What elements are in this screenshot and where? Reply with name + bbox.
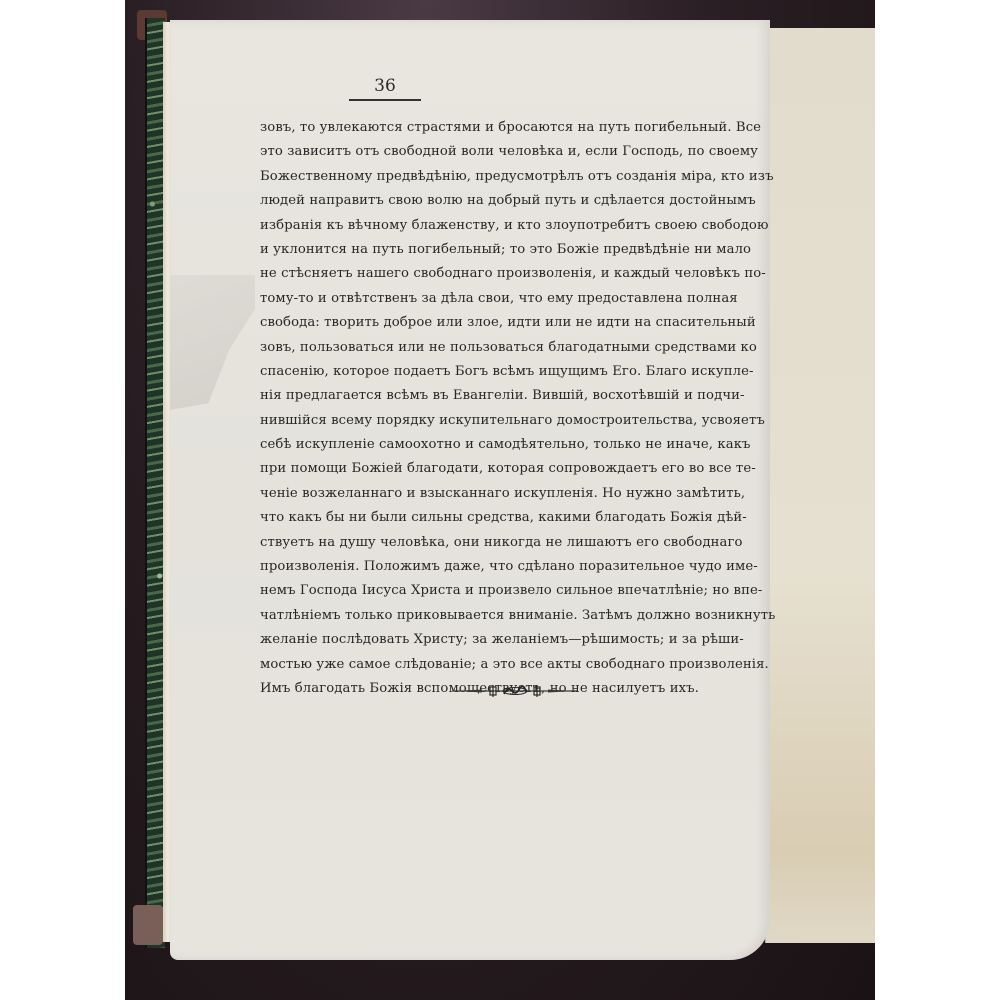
- text-line: ствуетъ на душу человѣка, они никогда не…: [260, 531, 730, 555]
- text-line: зовъ, пользоваться или не пользоваться б…: [260, 336, 730, 360]
- text-line: что какъ бы ни были сильны средства, как…: [260, 506, 730, 530]
- text-line: при помощи Божіей благодати, которая соп…: [260, 457, 730, 481]
- text-line: спасенію, которое подаетъ Богъ всѣмъ ищу…: [260, 360, 730, 384]
- text-line: себѣ искупленіе самоохотно и самодѣятель…: [260, 433, 730, 457]
- text-line: мостью уже самое слѣдованіе; а это все а…: [260, 653, 730, 677]
- body-paragraph: зовъ, то увлекаются страстями и бросаютс…: [260, 116, 730, 701]
- text-line: не стѣсняетъ нашего свободнаго произволе…: [260, 262, 730, 286]
- text-line: произволенія. Положимъ даже, что сдѣлано…: [260, 555, 730, 579]
- text-line: ченіе возжеланнаго и взысканнаго искупле…: [260, 482, 730, 506]
- text-line: чатлѣніемъ только приковывается вниманіе…: [260, 604, 730, 628]
- scene: 36 зовъ, то увлекаются страстями и броса…: [0, 0, 1000, 1000]
- text-line: Божественному предвѣдѣнію, предусмотрѣлъ…: [260, 165, 730, 189]
- text-line: избранія къ вѣчному блаженству, и кто зл…: [260, 214, 730, 238]
- text-line: тому-то и отвѣтственъ за дѣла свои, что …: [260, 287, 730, 311]
- text-line: зовъ, то увлекаются страстями и бросаютс…: [260, 116, 730, 140]
- ornament-tailpiece-icon: [452, 684, 578, 698]
- text-line: нившійся всему порядку искупительнаго до…: [260, 409, 730, 433]
- text-line: и уклонится на путь погибельный; то это …: [260, 238, 730, 262]
- text-line: немъ Господа Іисуса Христа и произвело с…: [260, 579, 730, 603]
- text-line: нія предлагается всѣмъ въ Евангеліи. Вив…: [260, 384, 730, 408]
- text-line: людей направитъ свою волю на добрый путь…: [260, 189, 730, 213]
- page-number: 36: [335, 76, 435, 96]
- text-line: свобода: творить доброе или злое, идти и…: [260, 311, 730, 335]
- right-page-edge: [765, 28, 875, 943]
- text-line: это зависитъ отъ свободной воли человѣка…: [260, 140, 730, 164]
- page-fold-crease: [170, 275, 255, 410]
- text-line: желаніе послѣдовать Христу; за желаніемъ…: [260, 628, 730, 652]
- page-header: 36: [335, 76, 435, 101]
- marbled-cover-edge: [145, 18, 165, 948]
- cover-corner-bottom: [133, 905, 163, 945]
- page-number-rule: [349, 99, 421, 101]
